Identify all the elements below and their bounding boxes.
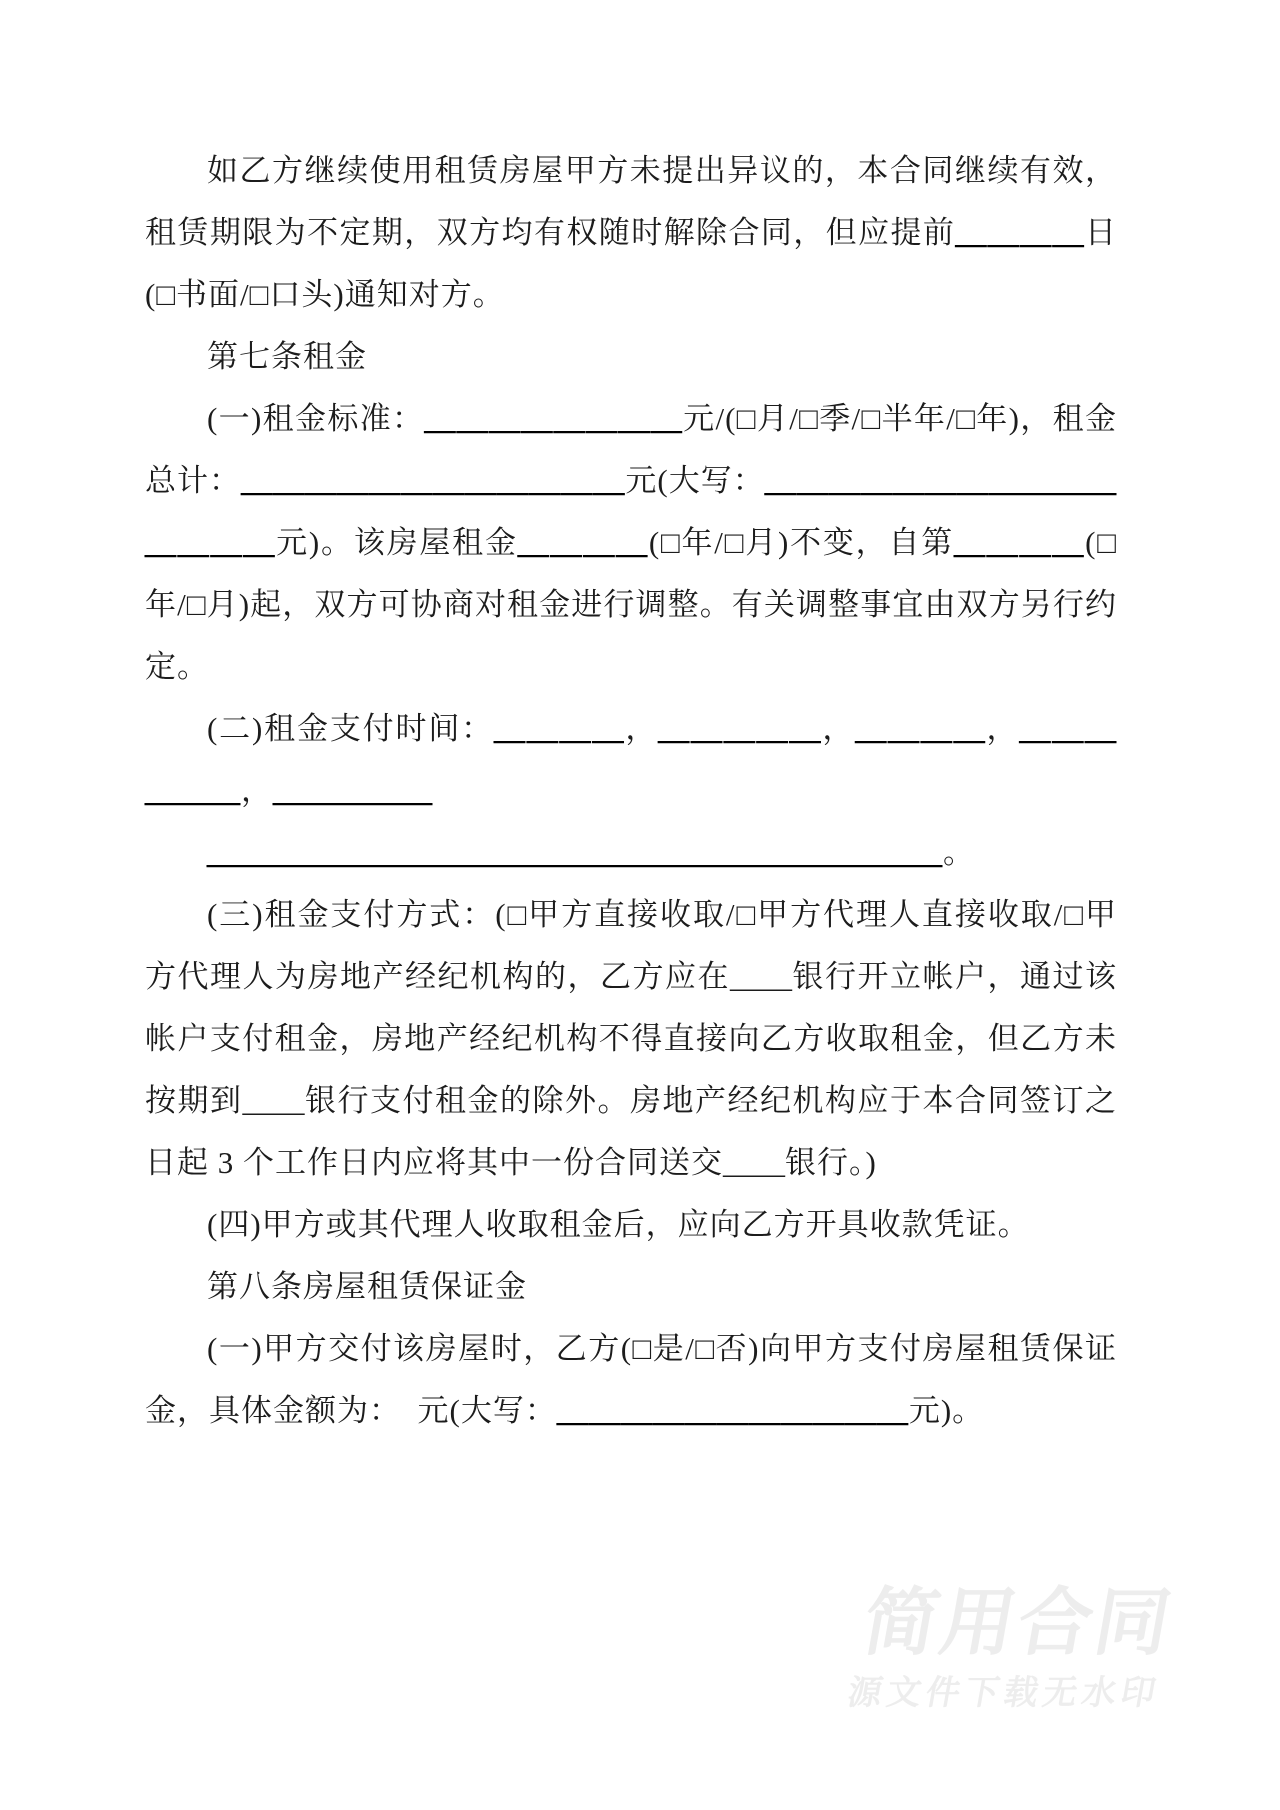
paragraph: 如乙方继续使用租赁房屋甲方未提出异议的，本合同继续有效，租赁期限为不定期，双方均…	[145, 140, 1117, 326]
blank-underline: ＿＿＿＿	[855, 711, 986, 746]
blank-underline: ＿＿＿＿	[494, 711, 625, 746]
text-run: 元)。	[909, 1393, 984, 1428]
text-run: (□年/□月)不变，自第	[649, 525, 954, 560]
text-run: (一)租金标准：	[207, 401, 424, 436]
blank-underline: ＿＿＿＿＿＿＿＿	[424, 401, 683, 436]
watermark: 简用合同 源文件下载无水印	[845, 1586, 1179, 1710]
text-run: ，	[822, 711, 855, 746]
blank-underline: ＿＿＿＿	[955, 215, 1085, 250]
watermark-title: 简用合同	[854, 1586, 1179, 1660]
blank-underline-thin: ____	[243, 1083, 305, 1118]
blank-underline: ＿＿＿＿	[954, 525, 1085, 560]
text-run: ，	[987, 711, 1020, 746]
text-run: 。	[943, 835, 975, 870]
text-run: (四)甲方或其代理人收取租金后，应向乙方开具收款凭证。	[207, 1207, 1030, 1242]
blank-underline: ＿＿＿＿	[518, 525, 649, 560]
paragraph: (三)租金支付方式：(□甲方直接收取/□甲方代理人直接收取/□甲方代理人为房地产…	[145, 884, 1117, 1194]
text-run: 银行。)	[785, 1145, 877, 1180]
blank-underline-thin: ____	[723, 1145, 785, 1180]
text-run: (二)租金支付时间：	[207, 711, 494, 746]
blank-underline: ＿＿＿＿＿	[658, 711, 822, 746]
contract-page: 如乙方继续使用租赁房屋甲方未提出异议的，本合同继续有效，租赁期限为不定期，双方均…	[0, 0, 1280, 1810]
blank-underline: ＿＿＿＿＿＿＿＿＿＿＿＿＿＿＿＿＿＿＿＿＿＿＿	[207, 835, 943, 870]
paragraph: ＿＿＿＿＿＿＿＿＿＿＿＿＿＿＿＿＿＿＿＿＿＿＿。	[145, 822, 1117, 884]
paragraph: (二)租金支付时间：＿＿＿＿，＿＿＿＿＿，＿＿＿＿，＿＿＿＿＿＿，＿＿＿＿＿	[145, 698, 1117, 822]
paragraph: 第八条房屋租赁保证金	[145, 1256, 1117, 1318]
text-run: ，	[625, 711, 658, 746]
contract-body: 如乙方继续使用租赁房屋甲方未提出异议的，本合同继续有效，租赁期限为不定期，双方均…	[145, 140, 1117, 1442]
blank-underline: ＿＿＿＿＿＿＿＿＿＿＿＿	[241, 463, 625, 498]
watermark-subtitle: 源文件下载无水印	[845, 1676, 1163, 1710]
text-run: 第七条租金	[207, 339, 367, 374]
paragraph: (四)甲方或其代理人收取租金后，应向乙方开具收款凭证。	[145, 1194, 1117, 1256]
text-run: 元(大写：	[625, 463, 764, 498]
blank-underline: ＿＿＿＿＿＿＿＿＿＿＿	[557, 1393, 909, 1428]
blank-underline: ＿＿＿＿＿	[273, 773, 433, 808]
paragraph: (一)甲方交付该房屋时，乙方(□是/□否)向甲方支付房屋租赁保证金，具体金额为：…	[145, 1318, 1117, 1442]
text-run: 第八条房屋租赁保证金	[207, 1269, 527, 1304]
text-run: ，	[241, 773, 273, 808]
paragraph: 第七条租金	[145, 326, 1117, 388]
blank-underline-thin: ____	[730, 959, 792, 994]
paragraph: (一)租金标准：＿＿＿＿＿＿＿＿元/(□月/□季/□半年/□年)，租金总计：＿＿…	[145, 388, 1117, 698]
text-run: 元)。该房屋租金	[276, 525, 518, 560]
